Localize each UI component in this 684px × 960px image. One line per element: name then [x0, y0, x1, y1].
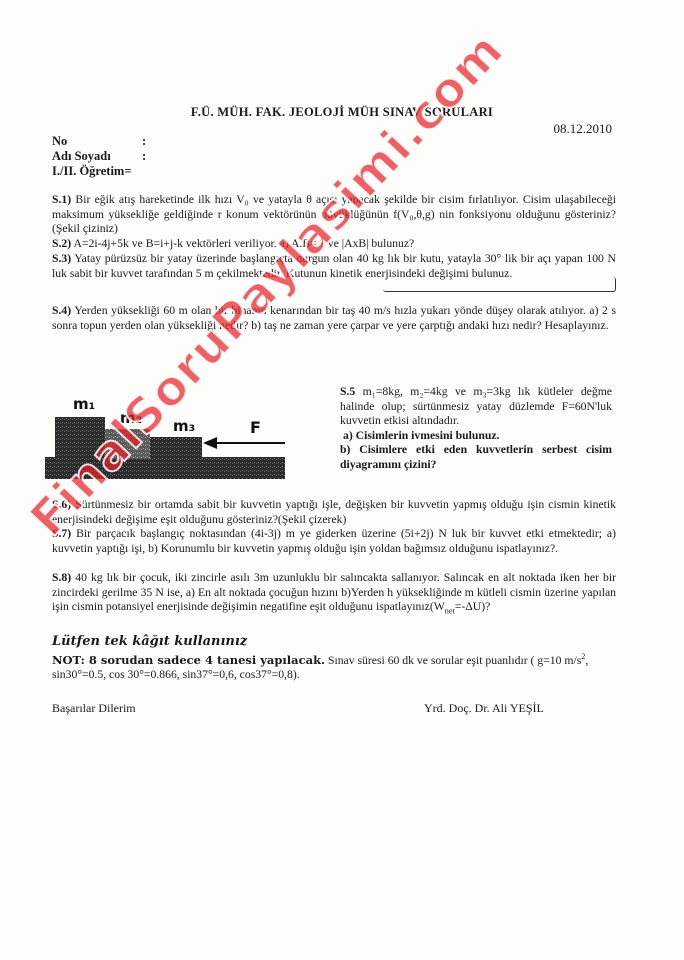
figure-label-m3: m₃: [173, 417, 195, 435]
question-7-number: S.7): [52, 527, 71, 540]
figure-label-m1: m₁: [73, 395, 95, 413]
handwritten-underline-mark: [383, 277, 616, 292]
exam-note-text: Sınav süresi 60 dk ve sorular eşit puanl…: [328, 654, 581, 667]
question-3-text: Yatay pürüzsüz bir yatay üzerinde başlan…: [52, 252, 616, 280]
question-5: S.5 m₁=8kg, m₂=4kg ve m₃=3kg lık kütlele…: [340, 385, 612, 473]
question-8-number: S.8): [52, 571, 71, 584]
question-1: S.1) Bir eğik atış hareketinde ilk hızı …: [52, 193, 616, 237]
question-8-tail: =-ΔU)?: [455, 600, 491, 613]
figure-label-m2: m₂: [120, 409, 142, 427]
question-5-part-a: a) Cisimlerin ivmesini bulunuz.: [340, 429, 612, 444]
exam-date: 08.12.2010: [554, 121, 613, 137]
student-number-row: No :: [52, 134, 146, 149]
exam-title: F.Ü. MÜH. FAK. JEOLOJİ MÜH SINAV SORULAR…: [0, 105, 684, 120]
question-7-text: Bir parçacık başlangıç noktasından (4i-3…: [52, 527, 616, 555]
student-info: No : Adı Soyadı : I./II. Öğretim=: [52, 134, 146, 179]
question-8-text: 40 kg lık bir çocuk, iki zincirle asılı …: [52, 571, 616, 613]
question-6: S.6) Sürtünmesiz bir ortamda sabit bir k…: [52, 498, 616, 527]
question-5-number: S.5: [340, 385, 355, 398]
student-name-sep: :: [142, 149, 146, 164]
question-5-text: m₁=8kg, m₂=4kg ve m₃=3kg lık kütleler de…: [340, 385, 612, 427]
figure-label-force: F: [250, 418, 261, 437]
question-1-number: S.1): [52, 193, 71, 206]
question-8-subscript: net: [445, 607, 455, 616]
question-4-text: Yerden yüksekliği 60 m olan bir binanın …: [52, 304, 616, 332]
question-4-number: S.4): [52, 304, 71, 317]
question-2-number: S.2): [52, 237, 71, 250]
question-4: S.4) Yerden yüksekliği 60 m olan bir bin…: [52, 304, 616, 333]
question-6-number: S.6): [52, 498, 71, 511]
exam-note-bold: NOT: 8 sorudan sadece 4 tanesi yapılacak…: [52, 653, 325, 667]
education-type-row: I./II. Öğretim=: [52, 164, 146, 179]
student-name-label: Adı Soyadı: [52, 149, 142, 164]
single-sheet-notice: Lütfen tek kâğıt kullanınız: [52, 634, 247, 649]
education-type-label: I./II. Öğretim=: [52, 164, 131, 179]
footer-signature: Yrd. Doç. Dr. Ali YEŞİL: [424, 701, 544, 716]
question-1-text: Bir eğik atış hareketinde ilk hızı V₀ ve…: [52, 193, 616, 235]
question-8: S.8) 40 kg lık bir çocuk, iki zincirle a…: [52, 571, 616, 619]
student-number-label: No: [52, 134, 142, 149]
question-7: S.7) Bir parçacık başlangıç noktasından …: [52, 527, 616, 556]
question-5-part-b: b) Cisimlere etki eden kuvvetlerin serbe…: [340, 443, 612, 472]
question-2-text: A=2i-4j+5k ve B=i+j-k vektörleri veriliy…: [73, 237, 414, 250]
question-3-number: S.3): [52, 252, 71, 265]
blocks-force-figure: m₁ m₂ m₃ F: [45, 385, 335, 480]
student-name-row: Adı Soyadı :: [52, 149, 146, 164]
exam-note: NOT: 8 sorudan sadece 4 tanesi yapılacak…: [52, 650, 616, 683]
question-6-text: Sürtünmesiz bir ortamda sabit bir kuvvet…: [52, 498, 616, 526]
question-2: S.2) A=2i-4j+5k ve B=i+j-k vektörleri ve…: [52, 237, 616, 252]
exam-page: F.Ü. MÜH. FAK. JEOLOJİ MÜH SINAV SORULAR…: [0, 0, 684, 960]
student-number-sep: :: [142, 134, 146, 149]
footer-greeting: Başarılar Dilerim: [52, 701, 136, 716]
